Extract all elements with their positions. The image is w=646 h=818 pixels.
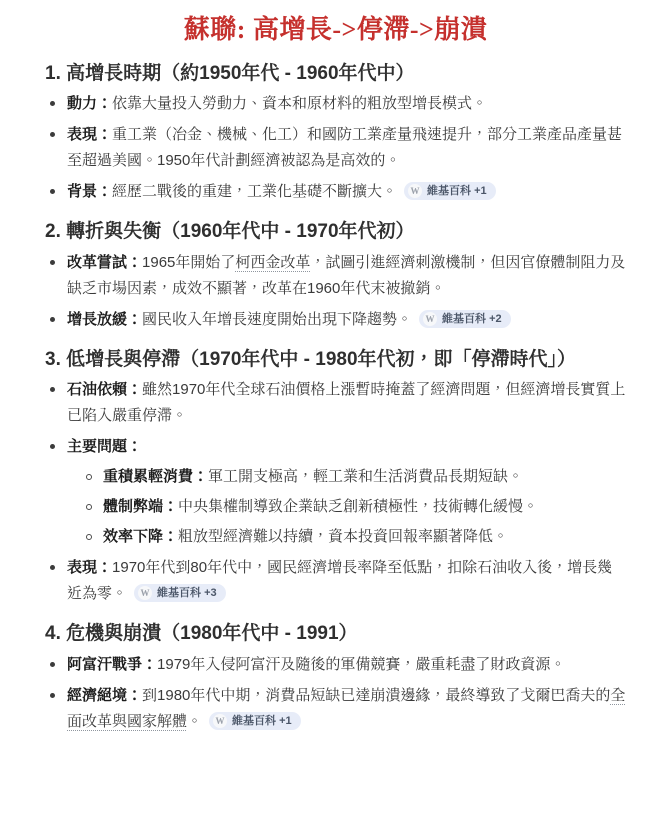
bullet-item: 經濟絕境：到1980年代中期，消費品短缺已達崩潰邊緣，最終導致了戈爾巴喬夫的全面… <box>45 683 626 735</box>
bullet-text: 國民收入年增長速度開始出現下降趨勢。 <box>142 311 412 328</box>
section-collapse: 4. 危機與崩潰（1980年代中 - 1991） 阿富汗戰爭：1979年入侵阿富… <box>45 621 626 735</box>
page-title: 蘇聯: 高增長->停滯->崩潰 <box>45 14 626 47</box>
sub-bullet-item: 效率下降：粗放型經濟難以持續，資本投資回報率顯著降低。 <box>83 524 626 550</box>
bullet-text: 1965年開始了 <box>142 254 235 271</box>
bullet-text: 。 <box>187 713 202 730</box>
citation-badge[interactable]: W維基百科 +3 <box>134 584 226 602</box>
section-heading: 2. 轉折與失衡（1960年代中 - 1970年代初） <box>45 219 626 245</box>
citation-label: 維基百科 +3 <box>157 586 217 600</box>
bullet-label: 表現： <box>67 126 112 143</box>
bullet-label: 體制弊端： <box>103 498 178 515</box>
bullet-text: 經歷二戰後的重建，工業化基礎不斷擴大。 <box>112 183 397 200</box>
bullet-text: 雖然1970年代全球石油價格上漲暫時掩蓋了經濟問題，但經濟增長實質上已陷入嚴重停… <box>67 381 625 424</box>
bullet-item: 阿富汗戰爭：1979年入侵阿富汗及隨後的軍備競賽，嚴重耗盡了財政資源。 <box>45 652 626 678</box>
section-high-growth: 1. 高增長時期（約1950年代 - 1960年代中） 動力：依靠大量投入勞動力… <box>45 61 626 206</box>
bullet-list: 阿富汗戰爭：1979年入侵阿富汗及隨後的軍備競賽，嚴重耗盡了財政資源。 經濟絕境… <box>45 652 626 735</box>
sub-bullet-list: 重積累輕消費：軍工開支極高，輕工業和生活消費品長期短缺。 體制弊端：中央集權制導… <box>67 464 626 550</box>
bullet-text: 1979年入侵阿富汗及隨後的軍備競賽，嚴重耗盡了財政資源。 <box>157 656 565 673</box>
section-stagnation: 3. 低增長與停滯（1970年代中 - 1980年代初，即「停滯時代」） 石油依… <box>45 347 626 608</box>
document-page: 蘇聯: 高增長->停滯->崩潰 1. 高增長時期（約1950年代 - 1960年… <box>0 0 646 752</box>
bullet-label: 動力： <box>67 95 112 112</box>
wikipedia-icon: W <box>423 312 437 326</box>
bullet-item: 石油依賴：雖然1970年代全球石油價格上漲暫時掩蓋了經濟問題，但經濟增長實質上已… <box>45 377 626 429</box>
bullet-label: 表現： <box>67 559 112 576</box>
bullet-label: 經濟絕境： <box>67 687 142 704</box>
bullet-item: 表現：重工業（冶金、機械、化工）和國防工業產量飛速提升，部分工業產品產量甚至超過… <box>45 122 626 174</box>
bullet-text: 粗放型經濟難以持續，資本投資回報率顯著降低。 <box>178 528 508 545</box>
citation-label: 維基百科 +1 <box>427 184 487 198</box>
bullet-label: 增長放緩： <box>67 311 142 328</box>
bullet-item: 改革嘗試：1965年開始了柯西金改革，試圖引進經濟刺激機制，但因官僚體制阻力及缺… <box>45 250 626 302</box>
bullet-text: 重工業（冶金、機械、化工）和國防工業產量飛速提升，部分工業產品產量甚至超過美國。… <box>67 126 622 169</box>
inline-link-kosygin-reform[interactable]: 柯西金改革 <box>235 254 310 271</box>
bullet-item: 動力：依靠大量投入勞動力、資本和原材料的粗放型增長模式。 <box>45 91 626 117</box>
citation-badge[interactable]: W維基百科 +2 <box>419 310 511 328</box>
sub-bullet-item: 體制弊端：中央集權制導致企業缺乏創新積極性，技術轉化緩慢。 <box>83 494 626 520</box>
bullet-item: 增長放緩：國民收入年增長速度開始出現下降趨勢。W維基百科 +2 <box>45 307 626 333</box>
section-heading: 1. 高增長時期（約1950年代 - 1960年代中） <box>45 61 626 87</box>
citation-badge[interactable]: W維基百科 +1 <box>209 712 301 730</box>
wikipedia-icon: W <box>138 586 152 600</box>
citation-label: 維基百科 +1 <box>232 714 292 728</box>
bullet-item: 主要問題： 重積累輕消費：軍工開支極高，輕工業和生活消費品長期短缺。 體制弊端：… <box>45 434 626 550</box>
bullet-list: 石油依賴：雖然1970年代全球石油價格上漲暫時掩蓋了經濟問題，但經濟增長實質上已… <box>45 377 626 607</box>
wikipedia-icon: W <box>408 184 422 198</box>
bullet-label: 效率下降： <box>103 528 178 545</box>
bullet-text: 依靠大量投入勞動力、資本和原材料的粗放型增長模式。 <box>112 95 487 112</box>
wikipedia-icon: W <box>213 714 227 728</box>
bullet-text: 軍工開支極高，輕工業和生活消費品長期短缺。 <box>208 468 523 485</box>
bullet-label: 主要問題： <box>67 438 142 455</box>
citation-label: 維基百科 +2 <box>442 312 502 326</box>
bullet-label: 阿富汗戰爭： <box>67 656 157 673</box>
bullet-label: 石油依賴： <box>67 381 142 398</box>
bullet-text: 中央集權制導致企業缺乏創新積極性，技術轉化緩慢。 <box>178 498 538 515</box>
bullet-item: 表現：1970年代到80年代中，國民經濟增長率降至低點，扣除石油收入後，增長幾近… <box>45 555 626 607</box>
bullet-label: 重積累輕消費： <box>103 468 208 485</box>
section-heading: 3. 低增長與停滯（1970年代中 - 1980年代初，即「停滯時代」） <box>45 347 626 373</box>
bullet-label: 背景： <box>67 183 112 200</box>
citation-badge[interactable]: W維基百科 +1 <box>404 182 496 200</box>
bullet-text: 到1980年代中期，消費品短缺已達崩潰邊緣，最終導致了戈爾巴喬夫的 <box>142 687 610 704</box>
sub-bullet-item: 重積累輕消費：軍工開支極高，輕工業和生活消費品長期短缺。 <box>83 464 626 490</box>
bullet-label: 改革嘗試： <box>67 254 142 271</box>
section-turning-point: 2. 轉折與失衡（1960年代中 - 1970年代初） 改革嘗試：1965年開始… <box>45 219 626 333</box>
bullet-list: 改革嘗試：1965年開始了柯西金改革，試圖引進經濟刺激機制，但因官僚體制阻力及缺… <box>45 250 626 333</box>
section-heading: 4. 危機與崩潰（1980年代中 - 1991） <box>45 621 626 647</box>
bullet-item: 背景：經歷二戰後的重建，工業化基礎不斷擴大。W維基百科 +1 <box>45 179 626 205</box>
bullet-list: 動力：依靠大量投入勞動力、資本和原材料的粗放型增長模式。 表現：重工業（冶金、機… <box>45 91 626 205</box>
